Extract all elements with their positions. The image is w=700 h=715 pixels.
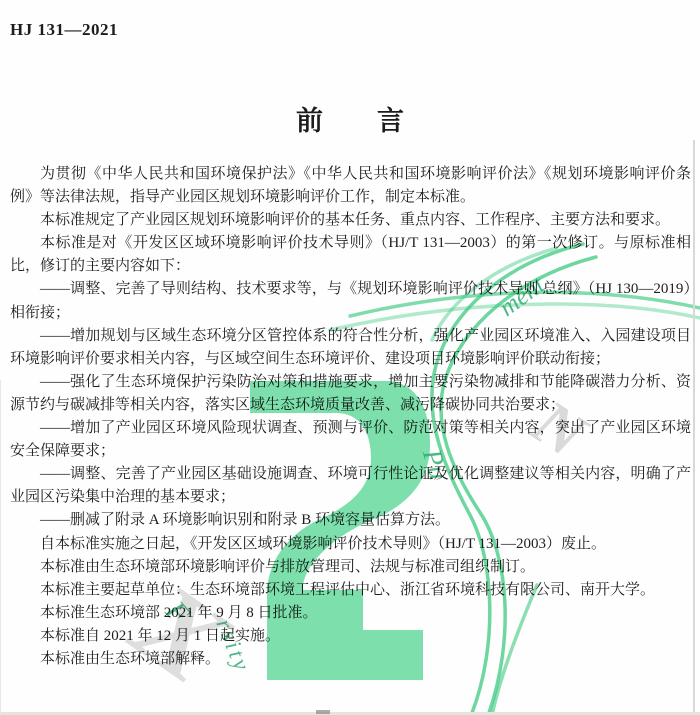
paragraph-scope: 本标准规定了产业园区规划环境影响评价的基本任务、重点内容、工作程序、主要方法和要… xyxy=(10,209,691,232)
paragraph-drafters: 本标准主要起草单位：生态环境部环境工程评估中心、浙江省环境科技有限公司、南开大学… xyxy=(10,579,691,602)
paragraph-change-1: ——调整、完善了导则结构、技术要求等，与《规划环境影响评价技术导则 总纲》（HJ… xyxy=(10,278,691,324)
paragraph-revision: 本标准是对《开发区区域环境影响评价技术导则》（HJ/T 131—2003）的第一… xyxy=(10,232,691,278)
paragraph-organizer: 本标准由生态环境部环境影响评价与排放管理司、法规与标准司组织制订。 xyxy=(10,556,691,579)
paragraph-change-5: ——调整、完善了产业园区基础设施调查、环境可行性论证及优化调整建议等相关内容，明… xyxy=(10,463,691,509)
paragraph-intro: 为贯彻《中华人民共和国环境保护法》《中华人民共和国环境影响评价法》《规划环境影响… xyxy=(10,163,691,209)
document-page: HJ 131—2021 前 言 为贯彻《中华人民共和国环境保护法》《中华人民共和… xyxy=(0,0,700,715)
scan-edge-right xyxy=(693,140,695,713)
paragraph-change-3: ——强化了生态环境保护污染防治对策和措施要求，增加主要污染物减排和节能降碳潜力分… xyxy=(10,371,691,417)
paragraph-approval-date: 本标准生态环境部 2021 年 9 月 8 日批准。 xyxy=(10,602,691,625)
page-title: 前 言 xyxy=(0,99,700,138)
scan-edge-left xyxy=(0,380,1,715)
standard-code: HJ 131—2021 xyxy=(10,20,118,40)
scan-speck xyxy=(316,710,330,714)
foreword-body: 为贯彻《中华人民共和国环境保护法》《中华人民共和国环境影响评价法》《规划环境影响… xyxy=(10,163,691,671)
paragraph-change-2: ——增加规划与区域生态环境分区管控体系的符合性分析，强化产业园区环境准入、入园建… xyxy=(10,325,691,371)
paragraph-effective-date: 本标准自 2021 年 12 月 1 日起实施。 xyxy=(10,625,691,648)
paragraph-change-6: ——删减了附录 A 环境影响识别和附录 B 环境容量估算方法。 xyxy=(10,509,691,532)
paragraph-interpretation: 本标准由生态环境部解释。 xyxy=(10,648,691,671)
paragraph-repeal: 自本标准实施之日起，《开发区区域环境影响评价技术导则》（HJ/T 131—200… xyxy=(10,533,691,556)
paragraph-change-4: ——增加了产业园区环境风险现状调查、预测与评价、防范对策等相关内容，突出了产业园… xyxy=(10,417,691,463)
